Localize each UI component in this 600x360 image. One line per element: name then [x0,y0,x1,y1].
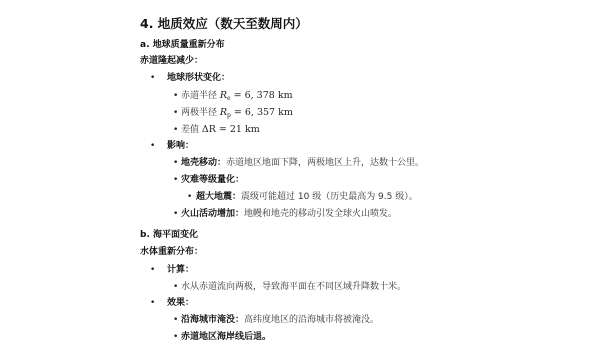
item-text: 地幔和地壳的移动引发全球火山喷发。 [244,209,397,219]
item-prefix: 差值 [181,125,202,135]
list-item-equatorial-radius: 赤道半径 Re = 6, 378 km [181,90,293,105]
math-formula: Rp = 6, 357 km [220,107,293,118]
list-item-volcano: 火山活动增加：地幔和地壳的移动引发全球火山喷发。 [181,208,397,220]
bullet-icon: • [173,90,178,102]
list-item-coastal-flooding: 沿海城市淹没：高纬度地区的沿海城市将被淹没。 [181,314,379,326]
subsection-heading-b: b. 海平面变化 [140,229,198,241]
list-item-coastline-retreat: 赤道地区海岸线后退。 [181,331,271,343]
item-label: 地壳移动： [181,158,226,168]
list-item-radius-difference: 差值 ΔR = 21 km [181,124,260,136]
bullet-icon: • [150,72,155,84]
math-eq: = 21 km [216,124,260,135]
list-item-shape-change: 地球形状变化： [167,72,230,84]
math-eq: = 6, 357 km [231,107,293,118]
list-item-disaster-level: 灾难等级量化： [181,174,244,186]
list-item-impact: 影响： [167,140,194,152]
subsection-subtitle-b: 水体重新分布： [140,246,203,258]
subsection-subtitle-a: 赤道隆起减少： [140,55,203,67]
math-formula: ΔR = 21 km [202,124,260,135]
bullet-icon: • [173,281,178,293]
math-var: R [220,107,227,118]
item-text: 赤道地区地面下降，两极地区上升，达数十公里。 [226,158,424,168]
bullet-icon: • [173,314,178,326]
section-heading: 4. 地质效应（数天至数周内） [140,16,308,32]
item-label: 超大地震： [196,192,241,202]
math-var: R [220,90,227,101]
list-item-water-flow: 水从赤道流向两极，导致海平面在不同区域升降数十米。 [181,281,406,293]
list-item-effect: 效果： [167,297,194,309]
list-item-crust-movement: 地壳移动：赤道地区地面下降，两极地区上升，达数十公里。 [181,157,424,169]
bullet-icon: • [150,264,155,276]
bullet-icon: • [173,107,178,119]
math-formula: Re = 6, 378 km [220,90,293,101]
item-text: 高纬度地区的沿海城市将被淹没。 [244,315,379,325]
item-label: 沿海城市淹没： [181,315,244,325]
bullet-icon: • [173,174,178,186]
bullet-icon: • [150,297,155,309]
bullet-icon: • [173,124,178,136]
subsection-heading-a: a. 地球质量重新分布 [140,39,225,51]
bullet-icon: • [173,208,178,220]
item-label: 火山活动增加： [181,209,244,219]
item-text: 震级可能超过 10 级（历史最高为 9.5 级）。 [241,192,418,202]
item-prefix: 两极半径 [181,108,220,118]
math-var: ΔR [202,124,216,135]
math-eq: = 6, 378 km [231,90,293,101]
bullet-icon: • [150,140,155,152]
item-prefix: 赤道半径 [181,91,220,101]
list-item-polar-radius: 两极半径 Rp = 6, 357 km [181,107,293,122]
bullet-icon: • [173,331,178,343]
bullet-icon: • [187,191,192,203]
list-item-mega-earthquake: 超大地震：震级可能超过 10 级（历史最高为 9.5 级）。 [196,191,418,203]
list-item-calculation: 计算： [167,264,194,276]
bullet-icon: • [173,157,178,169]
